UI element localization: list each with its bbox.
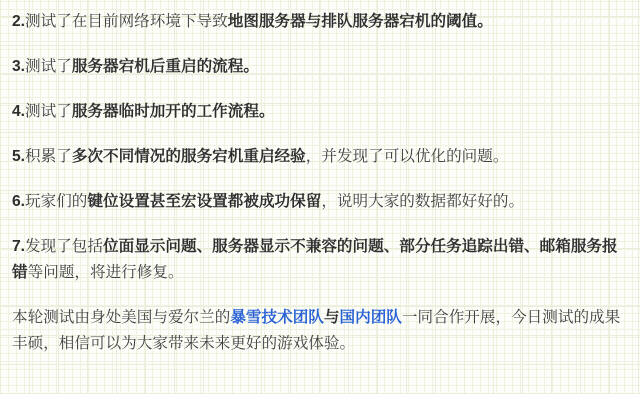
text-segment: 3. <box>12 58 25 75</box>
text-segment: 积累了 <box>25 148 72 165</box>
article-body: 2.测试了在目前网络环境下导致地图服务器与排队服务器宕机的阈值。 3.测试了服务… <box>0 0 640 394</box>
list-item-2: 2.测试了在目前网络环境下导致地图服务器与排队服务器宕机的阈值。 <box>12 9 628 35</box>
text-segment: ，并发现了可以优化的问题。 <box>306 148 509 165</box>
text-segment: 国内团队 <box>340 309 402 326</box>
list-item-6: 6.玩家们的键位设置甚至宏设置都被成功保留，说明大家的数据都好好的。 <box>12 189 628 215</box>
text-segment: ，说明大家的数据都好好的。 <box>321 193 524 210</box>
text-segment: 地图服务器与排队服务器宕机的阈值。 <box>228 13 493 30</box>
text-segment: 测试了 <box>25 103 72 120</box>
text-segment: 键位设置甚至宏设置都被成功保留 <box>87 193 321 210</box>
text-segment: 玩家们的 <box>25 193 87 210</box>
text-segment: 发现了包括 <box>25 238 103 255</box>
text-segment: 测试了在目前网络环境下导致 <box>25 13 228 30</box>
list-item-7: 7.发现了包括位面显示问题、服务器显示不兼容的问题、部分任务追踪出错、邮箱服务报… <box>12 234 628 286</box>
text-segment: 4. <box>12 103 25 120</box>
list-item-5: 5.积累了多次不同情况的服务宕机重启经验，并发现了可以优化的问题。 <box>12 144 628 170</box>
text-segment: 服务器宕机后重启的流程。 <box>72 58 259 75</box>
list-item-4: 4.测试了服务器临时加开的工作流程。 <box>12 99 628 125</box>
text-segment: 服务器临时加开的工作流程。 <box>72 103 275 120</box>
text-segment: 测试了 <box>25 58 72 75</box>
text-segment: 本轮测试由身处美国与爱尔兰的 <box>12 309 230 326</box>
text-segment: 暴雪技术团队 <box>230 309 324 326</box>
text-segment: 2. <box>12 13 25 30</box>
text-segment: 5. <box>12 148 25 165</box>
list-item-3: 3.测试了服务器宕机后重启的流程。 <box>12 54 628 80</box>
text-segment: 多次不同情况的服务宕机重启经验 <box>72 148 306 165</box>
text-segment: 6. <box>12 193 25 210</box>
text-segment: 与 <box>324 309 340 326</box>
text-segment: 7. <box>12 238 25 255</box>
closing-paragraph: 本轮测试由身处美国与爱尔兰的暴雪技术团队与国内团队一同合作开展，今日测试的成果丰… <box>12 305 628 357</box>
text-segment: 等问题，将进行修复。 <box>28 264 184 281</box>
